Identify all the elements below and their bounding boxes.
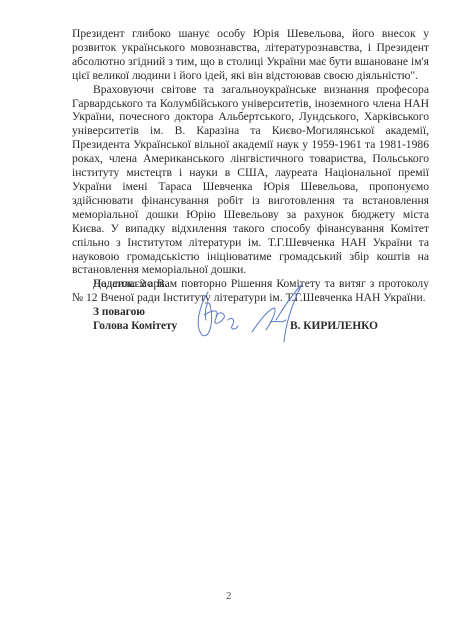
signer-name: В. КИРИЛЕНКО [290,320,378,332]
paragraph-quote-end: Президент глибоко шанує особу Юрія Шевел… [72,27,429,83]
letter-body: Президент глибоко шанує особу Юрія Шевел… [72,27,429,305]
attachment-note: Додаток: 2 арк. [93,277,168,290]
closing-title: Голова Комітету [93,319,177,333]
document-page: Президент глибоко шанує особу Юрія Шевел… [0,0,460,629]
paragraph-proposal: Враховуючи світове та загальноукраїнське… [72,83,429,278]
closing-regards: З повагою [93,305,177,319]
closing-block: З повагою Голова Комітету [93,305,177,333]
signature-icon [190,280,310,345]
page-number: 2 [226,590,232,602]
